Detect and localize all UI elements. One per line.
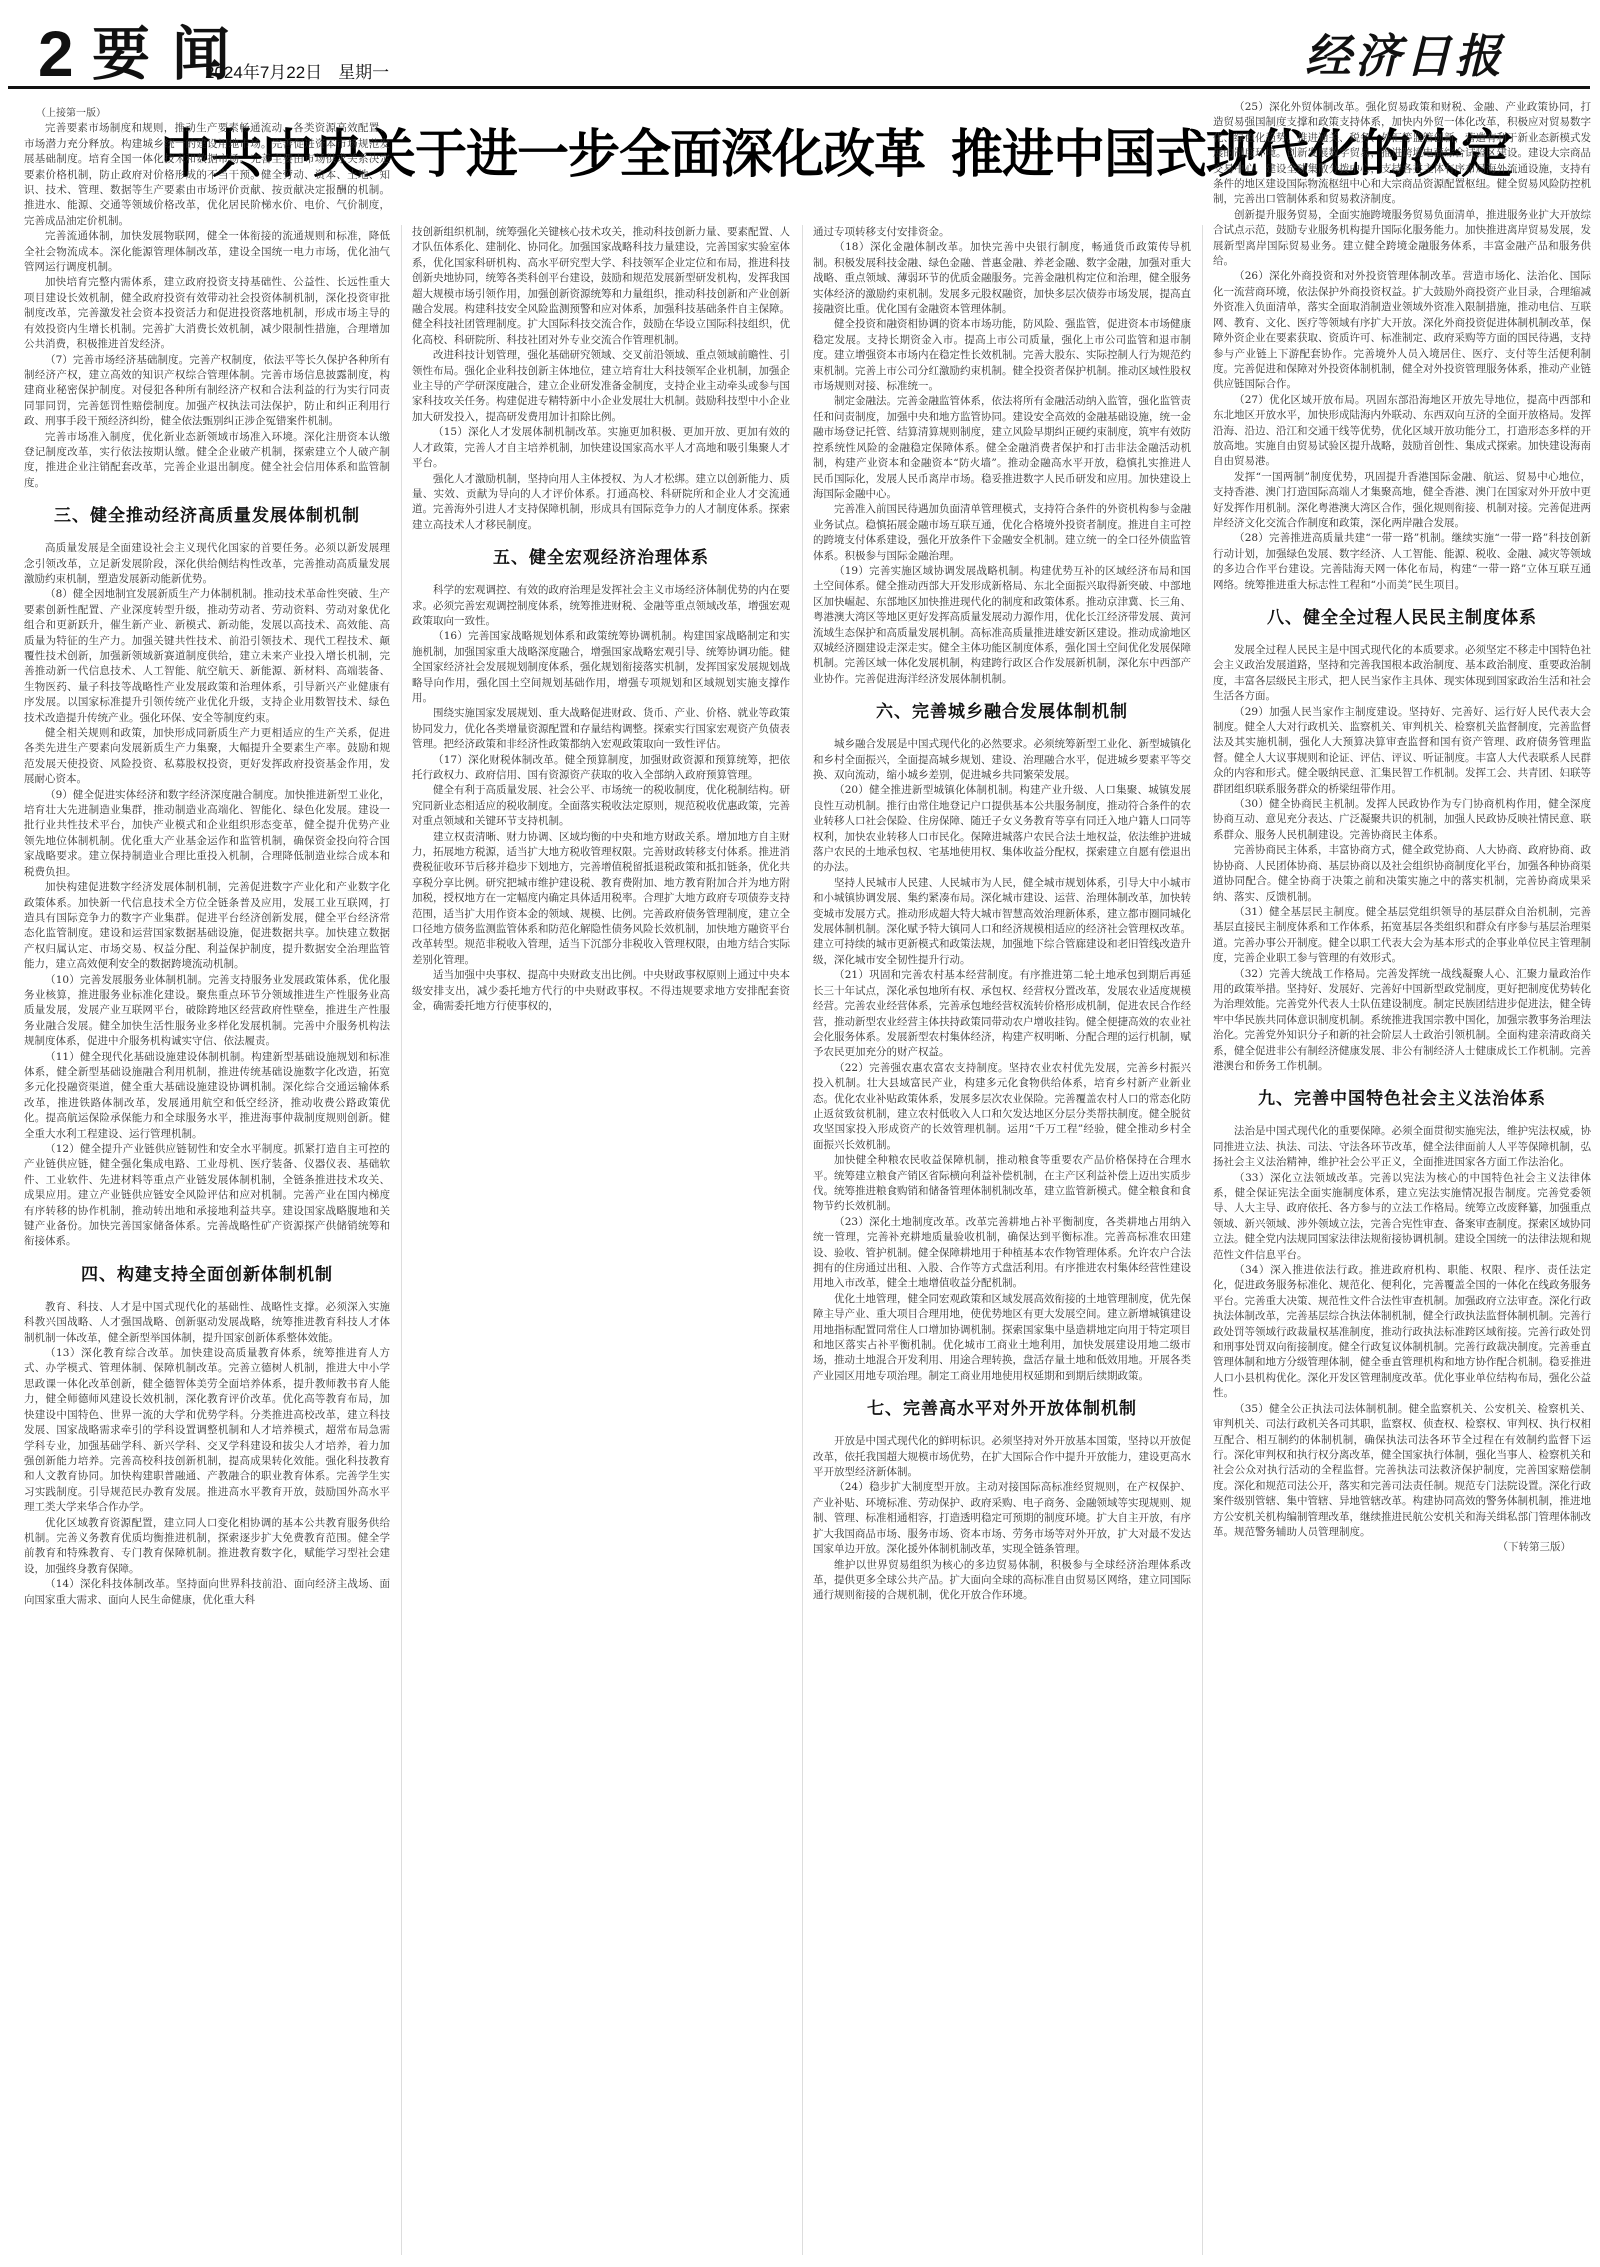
- column-1-narrow-block: （上接第一版）: [24, 106, 214, 121]
- paragraph: （29）加强人民当家作主制度建设。坚持好、完善好、运行好人民代表大会制度。健全人…: [1213, 705, 1591, 797]
- section-5-body: 科学的宏观调控、有效的政府治理是发挥社会主义市场经济体制优势的内在要求。必须完善…: [412, 583, 790, 1014]
- paragraph: （17）深化财税体制改革。健全预算制度，加强财政资源和预算统筹，把依托行政权力、…: [412, 753, 790, 784]
- paragraph: 法治是中国式现代化的重要保障。必须全面贯彻实施宪法，维护宪法权威，协同推进立法、…: [1213, 1124, 1591, 1170]
- column-4-body: （25）深化外贸体制改革。强化贸易政策和财税、金融、产业政策协同，打造贸易强国制…: [1213, 100, 1591, 593]
- paragraph: 建立权责清晰、财力协调、区域均衡的中央和地方财政关系。增加地方自主财力，拓展地方…: [412, 830, 790, 969]
- paragraph: 优化区域教育资源配置，建立同人口变化相协调的基本公共教育服务供给机制。完善义务教…: [24, 1516, 390, 1578]
- weekday-text: 星期一: [338, 63, 389, 82]
- paragraph: 高质量发展是全面建设社会主义现代化国家的首要任务。必须以新发展理念引领改革，立足…: [24, 541, 390, 587]
- paragraph: 发挥“一国两制”制度优势，巩固提升香港国际金融、航运、贸易中心地位，支持香港、澳…: [1213, 470, 1591, 532]
- paragraph: 城乡融合发展是中国式现代化的必然要求。必须统筹新型工业化、新型城镇化和乡村全面振…: [813, 737, 1191, 783]
- section-heading-8: 八、健全全过程人民民主制度体系: [1213, 607, 1591, 629]
- column-2-body: 技创新组织机制，统筹强化关键核心技术攻关，推动科技创新力量、要素配置、人才队伍体…: [412, 225, 790, 533]
- paragraph: 完善流通体制，加快发展物联网，健全一体衔接的流通规则和标准，降低全社会物流成本。…: [24, 229, 390, 275]
- column-2: 技创新组织机制，统筹强化关键核心技术攻关，推动科技创新力量、要素配置、人才队伍体…: [412, 225, 790, 2260]
- paragraph: 优化土地管理，健全同宏观政策和区域发展高效衔接的土地管理制度，优先保障主导产业、…: [813, 1292, 1191, 1384]
- section-6-body: 城乡融合发展是中国式现代化的必然要求。必须统筹新型工业化、新型城镇化和乡村全面振…: [813, 737, 1191, 1384]
- column-1: （上接第一版） 完善要素市场制度和规则，推动生产要素畅通流动、各类资源高效配置、…: [24, 106, 390, 2256]
- paragraph: 完善要素市场制度和规则，推动生产要素畅通流动、各类资源高效配置、市场潜力充分释放…: [24, 121, 390, 229]
- section-heading-5: 五、健全宏观经济治理体系: [412, 547, 790, 569]
- continued-to-note: （下转第三版）: [1213, 1540, 1591, 1555]
- paragraph: （15）深化人才发展体制机制改革。实施更加积极、更加开放、更加有效的人才政策，完…: [412, 425, 790, 471]
- paragraph: （32）完善大统战工作格局。完善发挥统一战线凝聚人心、汇聚力量政治作用的政策举措…: [1213, 967, 1591, 1075]
- paragraph: （13）深化教育综合改革。加快建设高质量教育体系，统筹推进育人方式、办学模式、管…: [24, 1346, 390, 1515]
- paragraph: （25）深化外贸体制改革。强化贸易政策和财税、金融、产业政策协同，打造贸易强国制…: [1213, 100, 1591, 208]
- paragraph: 教育、科技、人才是中国式现代化的基础性、战略性支撑。必须深入实施科教兴国战略、人…: [24, 1300, 390, 1346]
- section-heading-4: 四、构建支持全面创新体制机制: [24, 1264, 390, 1286]
- continued-from-note: （上接第一版）: [24, 106, 214, 121]
- column-divider: [401, 225, 402, 2255]
- paragraph: 加快培育完整内需体系，建立政府投资支持基础性、公益性、长远性重大项目建设长效机制…: [24, 275, 390, 352]
- section-4-body: 教育、科技、人才是中国式现代化的基础性、战略性支撑。必须深入实施科教兴国战略、人…: [24, 1300, 390, 1608]
- paragraph: （33）深化立法领域改革。完善以宪法为核心的中国特色社会主义法律体系，健全保证宪…: [1213, 1171, 1591, 1263]
- paragraph: 健全投资和融资相协调的资本市场功能，防风险、强监管，促进资本市场健康稳定发展。支…: [813, 317, 1191, 394]
- paragraph: 改进科技计划管理，强化基础研究领域、交叉前沿领域、重点领域前瞻性、引领性布局。强…: [412, 348, 790, 425]
- column-divider: [1202, 225, 1203, 2255]
- paragraph: （7）完善市场经济基础制度。完善产权制度，依法平等长久保护各种所有制经济产权，建…: [24, 353, 390, 430]
- paragraph: （12）健全提升产业链供应链韧性和安全水平制度。抓紧打造自主可控的产业链供应链，…: [24, 1142, 390, 1250]
- column-3-body: 通过专项转移支付安排资金。（18）深化金融体制改革。加快完善中央银行制度，畅通货…: [813, 225, 1191, 687]
- paragraph: 加快健全种粮农民收益保障机制，推动粮食等重要农产品价格保持在合理水平。统筹建立粮…: [813, 1153, 1191, 1215]
- issue-date: 2024年7月22日星期一: [205, 58, 389, 83]
- paragraph: 技创新组织机制，统筹强化关键核心技术攻关，推动科技创新力量、要素配置、人才队伍体…: [412, 225, 790, 348]
- paragraph: 坚持人民城市人民建、人民城市为人民，健全城市规划体系，引导大中小城市和小城镇协调…: [813, 876, 1191, 968]
- paragraph: （20）健全推进新型城镇化体制机制。构建产业升级、人口集聚、城镇发展良性互动机制…: [813, 783, 1191, 875]
- paragraph: 适当加强中央事权、提高中央财政支出比例。中央财政事权原则上通过中央本级安排支出，…: [412, 968, 790, 1014]
- paragraph: （34）深入推进依法行政。推进政府机构、职能、权限、程序、责任法定化，促进政务服…: [1213, 1263, 1591, 1402]
- paragraph: （24）稳步扩大制度型开放。主动对接国际高标准经贸规则，在产权保护、产业补贴、环…: [813, 1480, 1191, 1557]
- paragraph: 发展全过程人民民主是中国式现代化的本质要求。必须坚定不移走中国特色社会主义政治发…: [1213, 643, 1591, 705]
- paragraph: 维护以世界贸易组织为核心的多边贸易体制，积极参与全球经济治理体系改革，提供更多全…: [813, 1558, 1191, 1604]
- section-3-body: 高质量发展是全面建设社会主义现代化国家的首要任务。必须以新发展理念引领改革，立足…: [24, 541, 390, 1250]
- section-8-body: 发展全过程人民民主是中国式现代化的本质要求。必须坚定不移走中国特色社会主义政治发…: [1213, 643, 1591, 1074]
- paragraph: （21）巩固和完善农村基本经营制度。有序推进第二轮土地承包到期后再延长三十年试点…: [813, 968, 1191, 1060]
- paragraph: （14）深化科技体制改革。坚持面向世界科技前沿、面向经济主战场、面向国家重大需求…: [24, 1577, 390, 1608]
- paragraph: 制定金融法。完善金融监管体系，依法将所有金融活动纳入监管，强化监管责任和问责制度…: [813, 394, 1191, 502]
- section-9-body: 法治是中国式现代化的重要保障。必须全面贯彻实施宪法，维护宪法权威，协同推进立法、…: [1213, 1124, 1591, 1540]
- column-3: 通过专项转移支付安排资金。（18）深化金融体制改革。加快完善中央银行制度，畅通货…: [813, 225, 1191, 2260]
- paragraph: 开放是中国式现代化的鲜明标识。必须坚持对外开放基本国策，坚持以开放促改革，依托我…: [813, 1434, 1191, 1480]
- paragraph: 科学的宏观调控、有效的政府治理是发挥社会主义市场经济体制优势的内在要求。必须完善…: [412, 583, 790, 629]
- section-heading-9: 九、完善中国特色社会主义法治体系: [1213, 1088, 1591, 1110]
- paragraph: 健全有利于高质量发展、社会公平、市场统一的税收制度，优化税制结构。研究同新业态相…: [412, 783, 790, 829]
- paragraph: （18）深化金融体制改革。加快完善中央银行制度，畅通货币政策传导机制。积极发展科…: [813, 240, 1191, 317]
- paragraph: （16）完善国家战略规划体系和政策统筹协调机制。构建国家战略制定和实施机制，加强…: [412, 629, 790, 706]
- paragraph: 完善市场准入制度，优化新业态新领域市场准入环境。深化注册资本认缴登记制度改革，实…: [24, 430, 390, 492]
- paragraph: 围绕实施国家发展规划、重大战略促进财政、货币、产业、价格、就业等政策协同发力，优…: [412, 706, 790, 752]
- paragraph: （23）深化土地制度改革。改革完善耕地占补平衡制度，各类耕地占用纳入统一管理，完…: [813, 1215, 1191, 1292]
- paragraph: 强化人才激励机制，坚持向用人主体授权、为人才松绑。建立以创新能力、质量、实效、贡…: [412, 472, 790, 534]
- section-7-body: 开放是中国式现代化的鲜明标识。必须坚持对外开放基本国策，坚持以开放促改革，依托我…: [813, 1434, 1191, 1603]
- paragraph: 完善协商民主体系，丰富协商方式，健全政党协商、人大协商、政府协商、政协协商、人民…: [1213, 843, 1591, 905]
- paragraph: 加快构建促进数字经济发展体制机制，完善促进数字产业化和产业数字化政策体系。加快新…: [24, 880, 390, 972]
- paragraph: （11）健全现代化基础设施建设体制机制。构建新型基础设施规划和标准体系，健全新型…: [24, 1050, 390, 1142]
- column-divider: [802, 225, 803, 2255]
- section-heading-3: 三、健全推动经济高质量发展体制机制: [24, 505, 390, 527]
- section-heading-6: 六、完善城乡融合发展体制机制: [813, 701, 1191, 723]
- masthead-rule: [8, 86, 1590, 89]
- paragraph: （9）健全促进实体经济和数字经济深度融合制度。加快推进新型工业化，培育壮大先进制…: [24, 788, 390, 880]
- paragraph: （8）健全因地制宜发展新质生产力体制机制。推动技术革命性突破、生产要素创新性配置…: [24, 587, 390, 726]
- paragraph: （22）完善强农惠农富农支持制度。坚持农业农村优先发展，完善乡村振兴投入机制。壮…: [813, 1061, 1191, 1153]
- masthead: 2 要闻 2024年7月22日星期一 经济日报: [0, 0, 1600, 90]
- column-1-body: 完善要素市场制度和规则，推动生产要素畅通流动、各类资源高效配置、市场潜力充分释放…: [24, 121, 390, 491]
- paragraph: 通过专项转移支付安排资金。: [813, 225, 1191, 240]
- date-text: 2024年7月22日: [205, 63, 322, 82]
- paragraph: （35）健全公正执法司法体制机制。健全监察机关、公安机关、检察机关、审判机关、司…: [1213, 1402, 1591, 1541]
- paragraph: 健全相关规则和政策，加快形成同新质生产力更相适应的生产关系，促进各类先进生产要素…: [24, 726, 390, 788]
- newspaper-logo: 经济日报: [1305, 20, 1505, 86]
- paragraph: 完善准入前国民待遇加负面清单管理模式，支持符合条件的外资机构参与金融业务试点。稳…: [813, 502, 1191, 564]
- column-4: （25）深化外贸体制改革。强化贸易政策和财税、金融、产业政策协同，打造贸易强国制…: [1213, 100, 1591, 2260]
- section-heading-7: 七、完善高水平对外开放体制机制: [813, 1398, 1191, 1420]
- page-number: 2: [38, 22, 74, 86]
- paragraph: （28）完善推进高质量共建“一带一路”机制。继续实施“一带一路”科技创新行动计划…: [1213, 531, 1591, 593]
- paragraph: 创新提升服务贸易，全面实施跨境服务贸易负面清单，推进服务业扩大开放综合试点示范，…: [1213, 208, 1591, 270]
- paragraph: （27）优化区域开放布局。巩固东部沿海地区开放先导地位，提高中西部和东北地区开放…: [1213, 393, 1591, 470]
- paragraph: （31）健全基层民主制度。健全基层党组织领导的基层群众自治机制，完善基层直接民主…: [1213, 905, 1591, 967]
- paragraph: （30）健全协商民主机制。发挥人民政协作为专门协商机构作用，健全深度协商互动、意…: [1213, 797, 1591, 843]
- paragraph: （19）完善实施区域协调发展战略机制。构建优势互补的区域经济布局和国土空间体系。…: [813, 564, 1191, 687]
- paragraph: （26）深化外商投资和对外投资管理体制改革。营造市场化、法治化、国际化一流营商环…: [1213, 269, 1591, 392]
- paragraph: （10）完善发展服务业体制机制。完善支持服务业发展政策体系，优化服务业核算，推进…: [24, 973, 390, 1050]
